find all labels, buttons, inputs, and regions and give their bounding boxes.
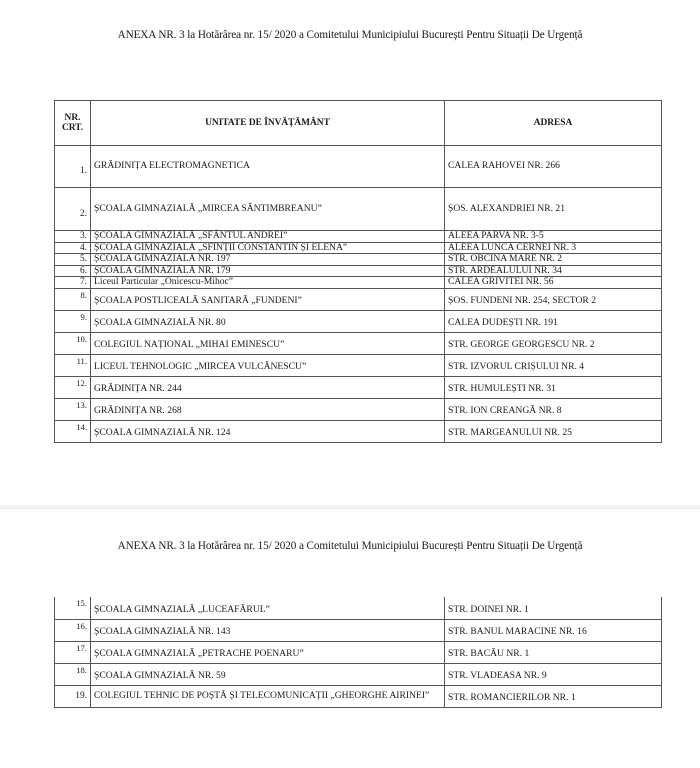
row-address: STR. ION CREANGĂ NR. 8 xyxy=(445,398,662,420)
row-unit: GRĂDINIȚA NR. 268 xyxy=(91,398,445,420)
table-row: 17. ȘCOALA GIMNAZIALĂ „PETRACHE POENARU”… xyxy=(55,641,662,663)
table-row: 6. ȘCOALA GIMNAZIALĂ NR. 179 STR. ARDEAL… xyxy=(55,265,662,277)
row-unit: ȘCOALA POSTLICEALĂ SANITARĂ „FUNDENI” xyxy=(91,288,445,310)
row-nr: 9. xyxy=(55,310,91,332)
row-unit: ȘCOALA GIMNAZIALĂ NR. 143 xyxy=(91,619,445,641)
row-address: STR. IZVORUL CRIȘULUI NR. 4 xyxy=(445,354,662,376)
row-unit: ȘCOALA GIMNAZIALĂ NR. 179 xyxy=(91,265,445,277)
table-row: 9. ȘCOALA GIMNAZIALĂ NR. 80 CALEA DUDEȘT… xyxy=(55,310,662,332)
annex-title: ANEXA NR. 3 la Hotărârea nr. 15/ 2020 a … xyxy=(0,29,700,41)
row-nr: 17. xyxy=(55,641,91,663)
row-nr: 5. xyxy=(55,254,91,266)
table-row: 10. COLEGIUL NAȚIONAL „MIHAI EMINESCU” S… xyxy=(55,332,662,354)
row-address: ALEEA PARVA NR. 3-5 xyxy=(445,231,662,243)
table-row: 1. GRĂDINIȚA ELECTROMAGNETICA CALEA RAHO… xyxy=(55,146,662,188)
row-address: CALEA RAHOVEI NR. 266 xyxy=(445,146,662,188)
table-row: 3. ȘCOALA GIMNAZIALĂ „SFÂNTUL ANDREI” AL… xyxy=(55,231,662,243)
row-unit: ȘCOALA GIMNAZIALĂ „SFINȚII CONSTANTIN ȘI… xyxy=(91,242,445,254)
table-row: 7. Liceul Particular „Onicescu-Mihoc” CA… xyxy=(55,277,662,289)
row-unit: COLEGIUL TEHNIC DE POȘTĂ ȘI TELECOMUNICA… xyxy=(91,685,445,707)
header-nr-line1: NR. xyxy=(65,113,81,123)
table-row: 2. ȘCOALA GIMNAZIALĂ „MIRCEA SÂNTIMBREAN… xyxy=(55,188,662,231)
header-address: ADRESA xyxy=(445,101,662,146)
row-unit: ȘCOALA GIMNAZIALĂ NR. 197 xyxy=(91,254,445,266)
header-nr-crt: NR. CRT. xyxy=(55,101,91,146)
table-row: 12. GRĂDINIȚA NR. 244 STR. HUMULEȘTI NR.… xyxy=(55,376,662,398)
row-nr: 6. xyxy=(55,265,91,277)
row-nr: 14. xyxy=(55,420,91,442)
table-row: 8. ȘCOALA POSTLICEALĂ SANITARĂ „FUNDENI”… xyxy=(55,288,662,310)
row-address: STR. ROMANCIERILOR NR. 1 xyxy=(445,685,662,707)
row-address: STR. GEORGE GEORGESCU NR. 2 xyxy=(445,332,662,354)
schools-table: NR. CRT. UNITATE DE ÎNVĂȚĂMÂNT ADRESA 1.… xyxy=(54,100,662,443)
row-address: STR. MARGEANULUI NR. 25 xyxy=(445,420,662,442)
table-header-row: NR. CRT. UNITATE DE ÎNVĂȚĂMÂNT ADRESA xyxy=(55,101,662,146)
row-nr: 4. xyxy=(55,242,91,254)
row-unit: ȘCOALA GIMNAZIALĂ „SFÂNTUL ANDREI” xyxy=(91,231,445,243)
row-unit: GRĂDINIȚA NR. 244 xyxy=(91,376,445,398)
row-address: ALEEA LUNCA CERNEI NR. 3 xyxy=(445,242,662,254)
table-row: 19. COLEGIUL TEHNIC DE POȘTĂ ȘI TELECOMU… xyxy=(55,685,662,707)
row-nr: 15. xyxy=(55,597,91,619)
row-nr: 11. xyxy=(55,354,91,376)
table-row: 11. LICEUL TEHNOLOGIC „MIRCEA VULCĂNESCU… xyxy=(55,354,662,376)
row-unit: GRĂDINIȚA ELECTROMAGNETICA xyxy=(91,146,445,188)
row-nr: 7. xyxy=(55,277,91,289)
row-address: STR. BANUL MARACINE NR. 16 xyxy=(445,619,662,641)
header-nr-line2: CRT. xyxy=(62,123,83,133)
document-page-1: ANEXA NR. 3 la Hotărârea nr. 15/ 2020 a … xyxy=(0,0,700,507)
row-address: STR. HUMULEȘTI NR. 31 xyxy=(445,376,662,398)
table-row: 18. ȘCOALA GIMNAZIALĂ NR. 59 STR. VLADEA… xyxy=(55,663,662,685)
row-unit: ȘCOALA GIMNAZIALĂ „MIRCEA SÂNTIMBREANU” xyxy=(91,188,445,231)
table-row: 5. ȘCOALA GIMNAZIALĂ NR. 197 STR. OBCINA… xyxy=(55,254,662,266)
row-address: STR. OBCINA MARE NR. 2 xyxy=(445,254,662,266)
row-unit: ȘCOALA GIMNAZIALĂ NR. 124 xyxy=(91,420,445,442)
table-row: 14. ȘCOALA GIMNAZIALĂ NR. 124 STR. MARGE… xyxy=(55,420,662,442)
row-nr: 12. xyxy=(55,376,91,398)
row-address: STR. BACĂU NR. 1 xyxy=(445,641,662,663)
table-row: 13. GRĂDINIȚA NR. 268 STR. ION CREANGĂ N… xyxy=(55,398,662,420)
header-unit: UNITATE DE ÎNVĂȚĂMÂNT xyxy=(91,101,445,146)
table-row: 15. ȘCOALA GIMNAZIALĂ „LUCEAFĂRUL” STR. … xyxy=(55,597,662,619)
row-unit: ȘCOALA GIMNAZIALĂ „LUCEAFĂRUL” xyxy=(91,597,445,619)
row-address: STR. ARDEALULUI NR. 34 xyxy=(445,265,662,277)
schools-table-continued: 15. ȘCOALA GIMNAZIALĂ „LUCEAFĂRUL” STR. … xyxy=(54,597,662,708)
row-nr: 18. xyxy=(55,663,91,685)
row-address: STR. VLADEASA NR. 9 xyxy=(445,663,662,685)
row-nr: 13. xyxy=(55,398,91,420)
row-nr: 10. xyxy=(55,332,91,354)
row-address: CALEA GRIVITEI NR. 56 xyxy=(445,277,662,289)
row-unit: LICEUL TEHNOLOGIC „MIRCEA VULCĂNESCU” xyxy=(91,354,445,376)
row-nr: 2. xyxy=(55,188,91,231)
document-page-2: ANEXA NR. 3 la Hotărârea nr. 15/ 2020 a … xyxy=(0,509,700,768)
row-address: CALEA DUDEȘTI NR. 191 xyxy=(445,310,662,332)
table-row: 16. ȘCOALA GIMNAZIALĂ NR. 143 STR. BANUL… xyxy=(55,619,662,641)
row-address: ȘOS. FUNDENI NR. 254, SECTOR 2 xyxy=(445,288,662,310)
row-address: STR. DOINEI NR. 1 xyxy=(445,597,662,619)
row-address: ȘOS. ALEXANDRIEI NR. 21 xyxy=(445,188,662,231)
row-unit: COLEGIUL NAȚIONAL „MIHAI EMINESCU” xyxy=(91,332,445,354)
row-unit: ȘCOALA GIMNAZIALĂ NR. 80 xyxy=(91,310,445,332)
row-nr: 19. xyxy=(55,685,91,707)
row-nr: 1. xyxy=(55,146,91,188)
table-row: 4. ȘCOALA GIMNAZIALĂ „SFINȚII CONSTANTIN… xyxy=(55,242,662,254)
row-unit: Liceul Particular „Onicescu-Mihoc” xyxy=(91,277,445,289)
row-unit: ȘCOALA GIMNAZIALĂ „PETRACHE POENARU” xyxy=(91,641,445,663)
row-nr: 16. xyxy=(55,619,91,641)
row-nr: 8. xyxy=(55,288,91,310)
row-nr: 3. xyxy=(55,231,91,243)
row-unit: ȘCOALA GIMNAZIALĂ NR. 59 xyxy=(91,663,445,685)
annex-title: ANEXA NR. 3 la Hotărârea nr. 15/ 2020 a … xyxy=(0,540,700,552)
